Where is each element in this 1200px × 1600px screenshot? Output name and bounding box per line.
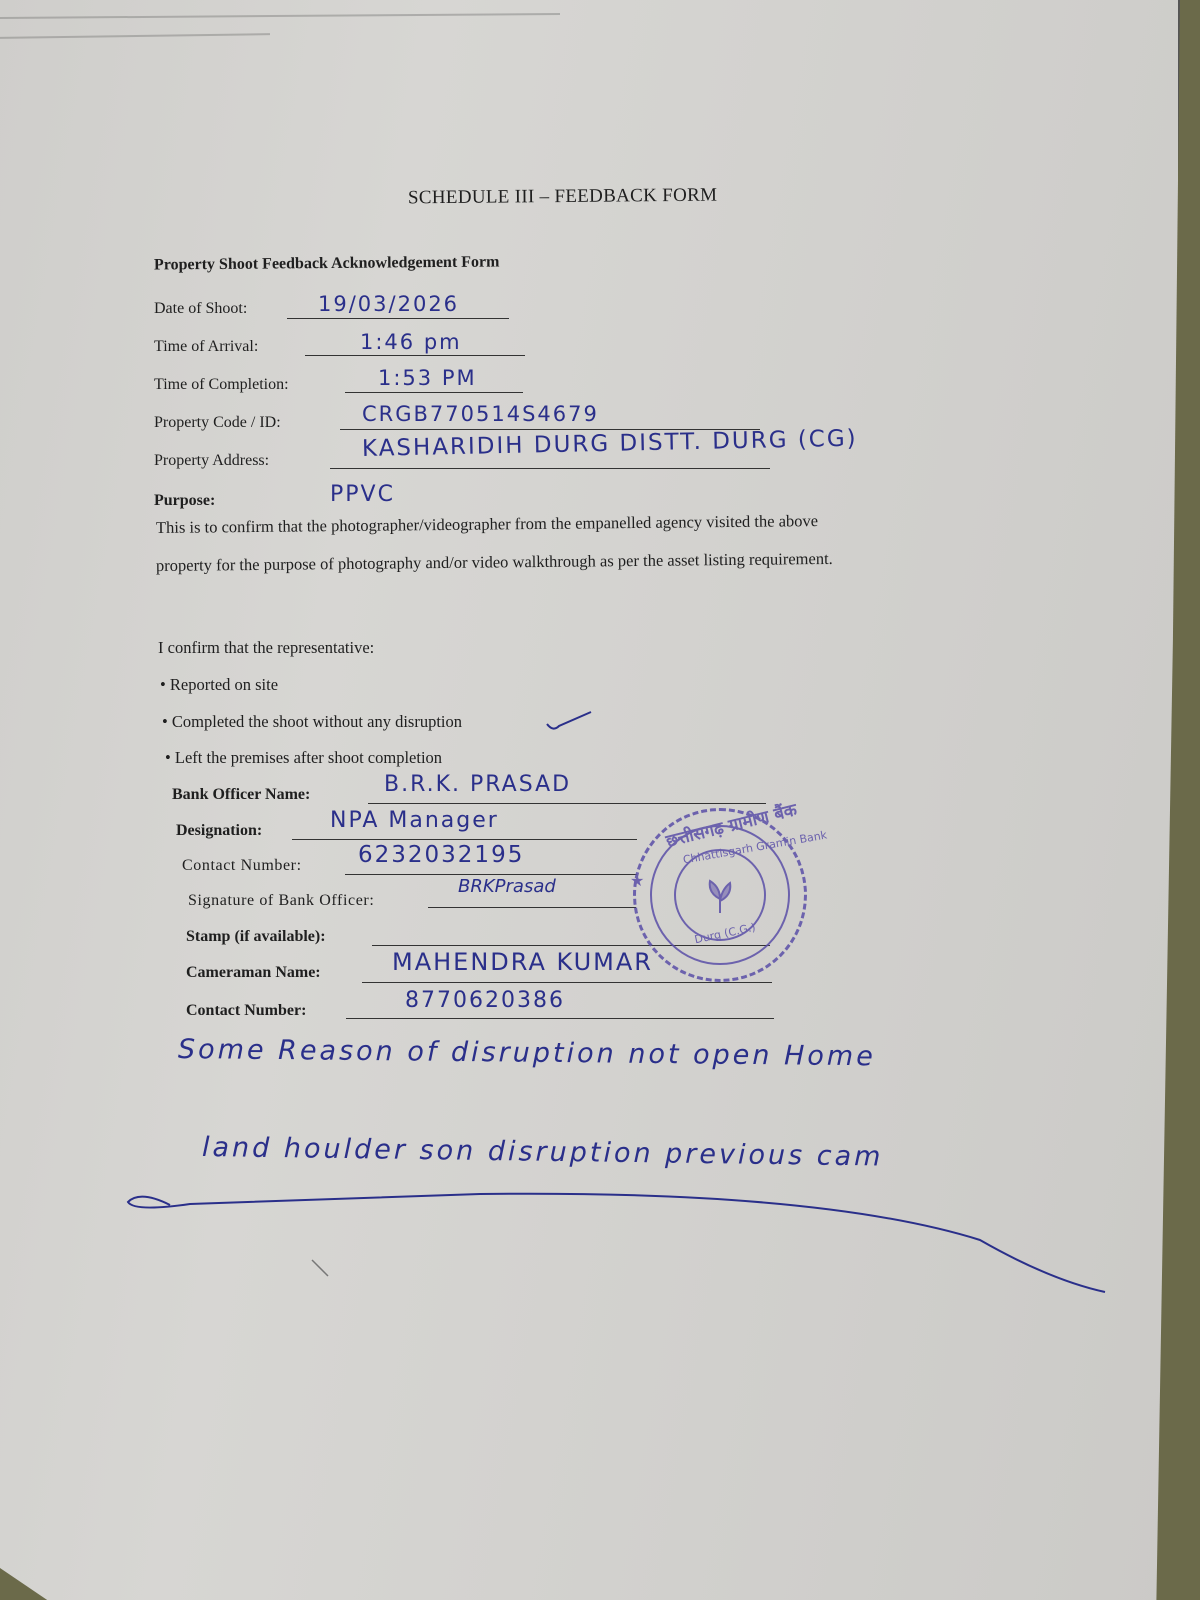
date-of-shoot-line	[287, 318, 509, 319]
time-of-arrival-value[interactable]: 1:46 pm	[360, 330, 462, 354]
property-address-line	[330, 468, 770, 469]
confirmation-paragraph-line1: This is to confirm that the photographer…	[156, 511, 818, 538]
date-of-shoot-label: Date of Shoot:	[154, 300, 247, 318]
bank-officer-name-value[interactable]: B.R.K. PRASAD	[384, 772, 571, 797]
paper-sheet: SCHEDULE III – FEEDBACK FORM Property Sh…	[0, 0, 1180, 1600]
confirmation-paragraph-line2: property for the purpose of photography …	[156, 549, 833, 576]
time-of-completion-label: Time of Completion:	[154, 376, 289, 394]
cameraman-name-value[interactable]: MAHENDRA KUMAR	[392, 948, 653, 976]
time-of-completion-line	[345, 392, 523, 393]
purpose-label: Purpose:	[154, 492, 215, 510]
time-of-arrival-label: Time of Arrival:	[154, 338, 258, 356]
property-code-label: Property Code / ID:	[154, 414, 281, 432]
designation-line	[292, 839, 637, 840]
property-address-label: Property Address:	[154, 452, 269, 470]
officer-signature-label: Signature of Bank Officer:	[188, 892, 374, 910]
officer-contact-label: Contact Number:	[182, 857, 302, 875]
officer-contact-value[interactable]: 6232032195	[358, 842, 524, 868]
pen-stroke-underline	[120, 1180, 1120, 1320]
stamp-label: Stamp (if available):	[186, 928, 326, 946]
purpose-value[interactable]: PPVC	[330, 482, 395, 507]
cameraman-contact-line	[346, 1018, 774, 1019]
cameraman-name-label: Cameraman Name:	[186, 964, 321, 982]
time-of-completion-value[interactable]: 1:53 PM	[378, 366, 477, 390]
form-title: SCHEDULE III – FEEDBACK FORM	[408, 185, 717, 210]
date-of-shoot-value[interactable]: 19/03/2026	[318, 292, 459, 316]
handwritten-note-line2: land houlder son disruption previous cam	[202, 1132, 884, 1173]
property-code-value[interactable]: CRGB770514S4679	[362, 402, 599, 426]
designation-value[interactable]: NPA Manager	[330, 808, 499, 833]
confirmation-intro: I confirm that the representative:	[158, 638, 374, 658]
bullet-completed-shoot: Completed the shoot without any disrupti…	[162, 712, 462, 732]
bank-officer-name-label: Bank Officer Name:	[172, 786, 310, 804]
cameraman-contact-value[interactable]: 8770620386	[405, 988, 565, 1013]
bullet-left-premises: Left the premises after shoot completion	[165, 748, 442, 768]
handwritten-note-line1: Some Reason of disruption not open Home	[178, 1034, 876, 1072]
officer-signature-value[interactable]: BRKPrasad	[458, 876, 556, 897]
checkmark-icon	[545, 710, 595, 734]
bank-officer-name-line	[368, 803, 766, 804]
officer-signature-line	[428, 907, 636, 908]
officer-contact-line	[345, 874, 637, 875]
property-address-value[interactable]: KASHARIDIH DURG DISTT. DURG (CG)	[362, 426, 858, 462]
cameraman-name-line	[362, 982, 772, 983]
cameraman-contact-label: Contact Number:	[186, 1002, 306, 1020]
paper-crease	[0, 13, 560, 19]
tree-emblem-icon	[700, 875, 740, 915]
time-of-arrival-line	[305, 355, 525, 356]
form-subtitle: Property Shoot Feedback Acknowledgement …	[154, 253, 500, 274]
star-icon: ★	[630, 871, 644, 890]
bank-stamp: छत्तीसगढ़ ग्रामीण बैंक Chhattisgarh Gram…	[633, 808, 807, 982]
designation-label: Designation:	[176, 822, 262, 840]
paper-crease	[0, 33, 270, 39]
bullet-reported-on-site: Reported on site	[160, 675, 278, 695]
